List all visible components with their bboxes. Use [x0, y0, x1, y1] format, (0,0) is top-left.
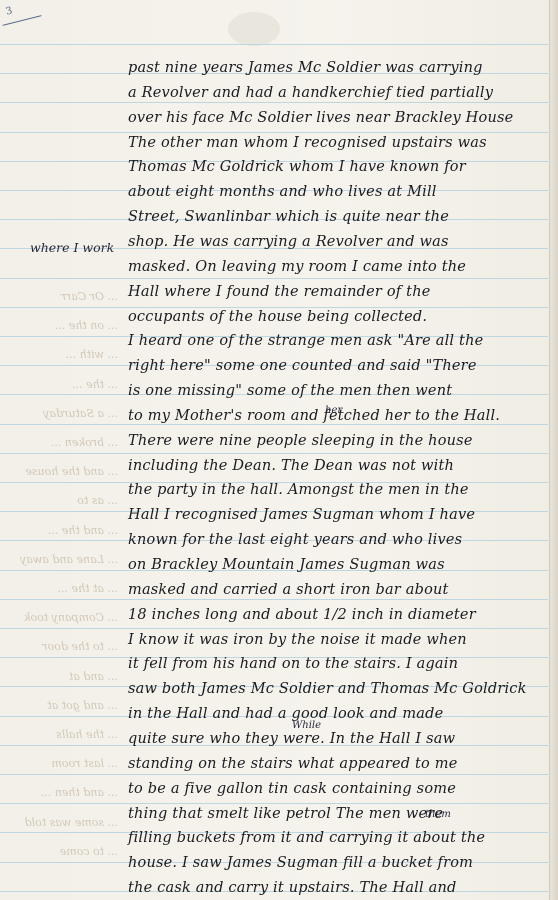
text-line: Street, Swanlinbar which is quite near t… [128, 209, 548, 225]
text-line: shop. He was carrying a Revolver and was [128, 234, 548, 250]
bleed-fragment: ... to the door [8, 640, 118, 653]
ruled-line [0, 599, 548, 600]
text-line: Hall I recognised James Sugman whom I ha… [128, 507, 548, 523]
bleed-fragment: ... at the ... [8, 582, 118, 595]
ruled-line [0, 803, 548, 804]
text-line: Thomas Mc Goldrick whom I have known for [128, 159, 548, 175]
bleed-fragment: ... Or Carr [8, 290, 118, 303]
bleed-fragment: ... Lane and away [8, 553, 118, 566]
page-edge [549, 0, 558, 900]
text-line: is one missing" some of the men then wen… [128, 383, 548, 399]
ruled-line [0, 628, 548, 629]
text-line: masked. On leaving my room I came into t… [128, 259, 548, 275]
interlinear-insertion-while: While [292, 720, 321, 731]
margin-note: where I work [30, 240, 114, 255]
text-line: 18 inches long and about 1/2 inch in dia… [128, 607, 548, 623]
ruled-line [0, 453, 548, 454]
text-line: a Revolver and had a handkerchief tied p… [128, 85, 548, 101]
text-line: house. I saw James Sugman fill a bucket … [128, 855, 548, 871]
text-line: occupants of the house being collected. [128, 309, 548, 325]
interlinear-insertion-her: her [325, 405, 342, 416]
bleed-fragment: ... on the ... [8, 319, 118, 332]
bleed-fragment: ... last room [8, 757, 118, 770]
bleed-fragment: ... some was told [8, 816, 118, 829]
ruled-line [0, 132, 548, 133]
text-line: past nine years James Mc Soldier was car… [128, 60, 548, 76]
bleed-fragment: ... and got at [8, 699, 118, 712]
bleed-fragment: ... as to [8, 494, 118, 507]
bleed-fragment: ... with ... [8, 348, 118, 361]
bleed-fragment: ... Company took [8, 611, 118, 624]
text-line: about eight months and who lives at Mill [128, 184, 548, 200]
text-line: the party in the hall. Amongst the men i… [128, 482, 548, 498]
text-line: in the Hall and had a good look and made [128, 706, 548, 722]
text-line: masked and carried a short iron bar abou… [128, 582, 548, 598]
page-corner-mark: 3 [5, 5, 14, 17]
bleed-fragment: ... the ... [8, 378, 118, 391]
document-page: 3 ... Or Carr... on the ...... with ....… [0, 0, 558, 900]
bleed-fragment: ... broken ... [8, 436, 118, 449]
ruled-line [0, 44, 548, 45]
text-line: filling buckets from it and carrying it … [128, 830, 548, 846]
ruled-line [0, 307, 548, 308]
bleed-fragment: ... and then ... [8, 786, 118, 799]
ruled-line [0, 424, 548, 425]
ruled-line [0, 102, 548, 103]
text-line: on Brackley Mountain James Sugman was [128, 557, 548, 573]
text-line: over his face Mc Soldier lives near Brac… [128, 110, 548, 126]
text-line: right here" some one counted and said "T… [128, 358, 548, 374]
embossed-stamp [228, 12, 280, 46]
text-line: thing that smelt like petrol The men wer… [128, 806, 548, 822]
text-line: Hall where I found the remainder of the [128, 284, 548, 300]
bleed-fragment: ... the halls [8, 728, 118, 741]
text-line: it fell from his hand on to the stairs. … [128, 656, 548, 672]
bleed-fragment: ... a Saturday [8, 407, 118, 420]
bleed-fragment: ... to come [8, 845, 118, 858]
text-line: There were nine people sleeping in the h… [128, 433, 548, 449]
text-line: known for the last eight years and who l… [128, 532, 548, 548]
text-line: the cask and carry it upstairs. The Hall… [128, 880, 548, 896]
text-line: to be a five gallon tin cask containing … [128, 781, 548, 797]
ruled-line [0, 774, 548, 775]
bleed-fragment: ... and at [8, 670, 118, 683]
text-line: saw both James Mc Soldier and Thomas Mc … [128, 681, 548, 697]
bleed-fragment: ... and the ... [8, 524, 118, 537]
text-line: I heard one of the strange men ask "Are … [128, 333, 548, 349]
interlinear-insertion-them: them [425, 809, 451, 820]
text-line: including the Dean. The Dean was not wit… [128, 458, 548, 474]
ruled-line [0, 278, 548, 279]
text-line: I know it was iron by the noise it made … [128, 632, 548, 648]
text-line: The other man whom I recognised upstairs… [128, 135, 548, 151]
text-line: quite sure who they were. In the Hall I … [128, 731, 548, 747]
bleed-fragment: ... and the house [8, 465, 118, 478]
text-line: standing on the stairs what appeared to … [128, 756, 548, 772]
